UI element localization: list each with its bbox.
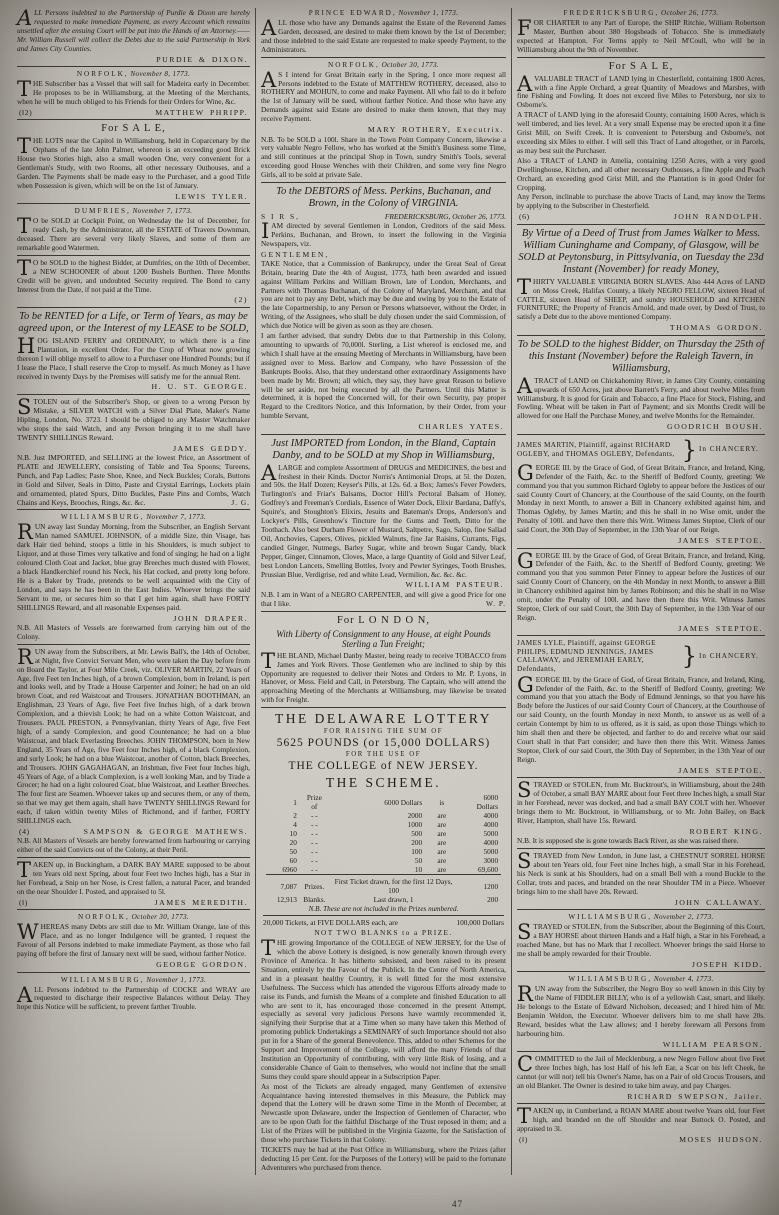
ad-signature: MARY ROTHERY, Executrix.	[368, 125, 504, 135]
ad-divider-rule	[261, 434, 506, 435]
scheme-cell: First Ticket drawn, for the first 12 Day…	[329, 875, 459, 896]
ad-paragraph: Also a TRACT of LAND in Amelia, containi…	[517, 157, 765, 193]
lottery-paragraph: THE growing Importance of the COLLEGE of…	[261, 939, 506, 1082]
ad-signature: WILLIAM PASTEUR.	[406, 580, 504, 590]
ad-paragraph: TAKE Notice, that a Commission of Bankru…	[261, 260, 506, 331]
ad-dateline: DUMFRIES, November 7, 1773.	[17, 207, 250, 216]
ad-heading: For L O N D O N,	[261, 615, 506, 627]
ad-divider-rule	[17, 509, 250, 510]
ad-dateline-date: November 2, 1773.	[654, 913, 714, 921]
scheme-cell: are	[425, 865, 458, 875]
ad-subheading: With Liberty of Consignment to any House…	[261, 629, 506, 650]
ad-paragraph: THE Subscriber has a Vessel that will sa…	[17, 80, 250, 107]
advertisement: Just IMPORTED from London, in the Bland,…	[261, 438, 506, 609]
ad-signature-row: WILLIAM PASTEUR.	[261, 580, 506, 590]
scheme-cell: 12,913	[266, 895, 300, 904]
ad-divider-rule	[17, 909, 250, 910]
advertisement: TAKEN up, in Cumberland, a ROAN MARE abo…	[517, 1107, 765, 1144]
ad-signature-row: H. U. ST. GEORGE.	[17, 382, 250, 392]
ad-signature-row: JAMES GEDDY.	[17, 444, 250, 454]
ad-signature-row: JOSEPH KIDD.	[517, 960, 765, 970]
ad-dateline: WILLIAMSBURG, November 4, 1773.	[517, 975, 765, 984]
ad-salute-dateline: FREDERICKSBURG, October 26, 1773.	[385, 212, 506, 221]
ad-paragraph: I am farther advised, that sundry Debts …	[261, 332, 506, 421]
ad-signature-row: JAMES STEPTOE.	[517, 766, 765, 776]
scheme-row: 6960- -10are69,600	[266, 865, 501, 875]
ad-divider-rule	[517, 224, 765, 225]
ad-paragraph: Any Person, inclinable to purchase the a…	[517, 193, 765, 211]
ad-nota-bene-signature: W. P.	[480, 600, 506, 609]
advertisement: For S A L E,THE LOTS near the Capitol in…	[17, 123, 250, 201]
scheme-cell: 1000	[329, 820, 425, 829]
ad-dateline-place: DUMFRIES,	[75, 207, 131, 215]
ad-paragraph: A LARGE and complete Assortment of DRUGS…	[261, 464, 506, 580]
ad-signature: JOSEPH KIDD.	[692, 960, 763, 970]
scheme-cell: 3000	[458, 856, 501, 865]
scheme-row: 2- -2000are4000	[266, 811, 501, 820]
ad-dateline: FREDERICKSBURG, October 26, 1773.	[517, 9, 765, 18]
scheme-cell: Prize of	[300, 793, 329, 811]
advertisement: WILLIAMSBURG, November 1, 1773.ALL Perso…	[17, 976, 250, 1013]
ad-signature: (2)	[234, 295, 248, 305]
ad-heading: To be RENTED for a Life, or Term of Year…	[17, 311, 250, 335]
ad-divider-rule	[517, 777, 765, 778]
ad-signature-row: ROBERT KING.	[517, 827, 765, 837]
ad-signature-row: PURDIE & DIXON.	[17, 55, 250, 65]
ad-dateline-date: November 8, 1773.	[130, 70, 190, 78]
scheme-cell: 2	[266, 811, 300, 820]
ad-signature-row: (‖)JAMES MEREDITH.	[17, 898, 250, 908]
ad-divider-rule	[261, 57, 506, 58]
advertisement: STRAYED or STOLEN, from Mr. Bucktrout's,…	[517, 781, 765, 846]
ad-signature: CHARLES YATES.	[418, 422, 504, 432]
newspaper-column-middle: PRINCE EDWARD, November 1, 1773.ALL thos…	[255, 8, 511, 1175]
ad-paragraph: ALL Persons indebted to the Partnership …	[17, 986, 250, 1013]
scheme-row: 60- -50are3000	[266, 856, 501, 865]
scheme-cell: - -	[300, 865, 329, 875]
ad-reference-mark: (4)	[19, 827, 30, 837]
scheme-cell: 2000	[329, 811, 425, 820]
ad-signature: JOHN CALLAWAY.	[675, 898, 763, 908]
scheme-cell: 4000	[458, 838, 501, 847]
advertisement: THE DELAWARE LOTTERYFOR RAISING THE SUM …	[261, 711, 506, 1173]
ad-heading: To the DEBTORS of Mess. Perkins, Buchana…	[261, 186, 506, 210]
advertisement: ALL Persons indebted to the Partnership …	[17, 9, 250, 64]
lottery-title-line: 5625 POUNDS (or 15,000 DOLLARS)	[261, 737, 506, 750]
scheme-cell: 5000	[458, 829, 501, 838]
ad-divider-rule	[261, 611, 506, 612]
scheme-cell: 69,600	[458, 865, 501, 875]
ad-signature: JAMES MEREDITH.	[155, 898, 248, 908]
ad-salute-row: S I R S,FREDERICKSBURG, October 26, 1773…	[261, 212, 506, 221]
ad-heading: For S A L E,	[517, 61, 765, 73]
ad-paragraph: THE LOTS near the Capitol in Williamsbur…	[17, 137, 250, 190]
advertisement: To be SOLD to the highest Bidder, on Thu…	[517, 339, 765, 432]
lottery-motto: NOT TWO BLANKS to a PRIZE.	[261, 928, 506, 937]
lottery-paragraph: TICKETS may be had at the Post Office in…	[261, 1146, 506, 1173]
ad-dateline-place: WILLIAMSBURG,	[568, 913, 652, 921]
ad-nota-bene: N.B. All Masters of Vessels are hereby f…	[17, 837, 250, 855]
ad-divider-rule	[261, 182, 506, 183]
ad-signature-row: (‖)MOSES HUDSON.	[517, 1135, 765, 1145]
ad-paragraph: THE BLAND, Michael Danby Master, being r…	[261, 652, 506, 705]
ad-signature-row: MARY ROTHERY, Executrix.	[261, 125, 506, 135]
ad-divider-rule	[17, 307, 250, 308]
ad-divider-rule	[17, 255, 250, 256]
ad-paragraph-heading: GENTLEMEN,	[261, 250, 506, 259]
scheme-cell: 50	[329, 856, 425, 865]
ad-paragraph: A VALUABLE TRACT of LAND lying in Cheste…	[517, 75, 765, 111]
scheme-row: 10- -500are5000	[266, 829, 501, 838]
advertisement: WILLIAMSBURG, November 2, 1773.STRAYED o…	[517, 913, 765, 969]
scheme-cell: Last drawn, 1	[329, 895, 459, 904]
scheme-summary-row: 12,913Blanks.Last drawn, 1200	[266, 895, 501, 904]
scheme-cell: 200	[458, 895, 501, 904]
scheme-cell: 5000	[458, 847, 501, 856]
ad-signature-row: (2)	[17, 295, 250, 305]
ad-divider-rule	[517, 1051, 765, 1052]
ad-dateline: NORFOLK, November 8, 1773.	[17, 70, 250, 79]
ad-dateline: NORFOLK, October 30, 1773.	[261, 61, 506, 70]
lottery-title-line: FOR THE USE OF	[261, 751, 506, 759]
advertisement: WILLIAMSBURG, November 7, 1773.RUN away …	[17, 513, 250, 641]
scheme-cell: - -	[300, 829, 329, 838]
ad-signature-row: GEORGE GORDON.	[17, 960, 250, 970]
advertisement: COMMITTED to the Jail of Mecklenburg, a …	[517, 1055, 765, 1101]
ad-signature-row: (6)JOHN RANDOLPH.	[517, 212, 765, 222]
ad-paragraph: AS I intend for Great Britain early in t…	[261, 71, 506, 124]
scheme-cell: 500	[329, 829, 425, 838]
case-court-label: In CHANCERY.	[699, 445, 765, 454]
ad-paragraph: STRAYED or STOLEN, from the Subscriber, …	[517, 923, 765, 959]
lottery-scheme-table: 1Prize of6000 Dollarsis6000 Dollars2- -2…	[266, 793, 501, 904]
lottery-note: N.B. These are not included in the Prize…	[261, 905, 506, 913]
scheme-cell: 6000 Dollars	[458, 793, 501, 811]
chancery-case-caption: JAMES MARTIN, Plaintiff, against RICHARD…	[517, 438, 765, 462]
scheme-cell: 100	[329, 847, 425, 856]
ad-nota-bene: N.B. To be SOLD a 100l. Share in the Tow…	[261, 136, 506, 181]
ad-signature: RICHARD SWEPSON, Jailer.	[627, 1092, 763, 1102]
advertisement: To the DEBTORS of Mess. Perkins, Buchana…	[261, 186, 506, 432]
lottery-title-line: THE DELAWARE LOTTERY	[261, 711, 506, 726]
ad-paragraph: A TRACT of LAND lying in the aforesaid C…	[517, 111, 765, 156]
advertisement: NORFOLK, November 8, 1773.THE Subscriber…	[17, 70, 250, 117]
ad-dateline-place: NORFOLK,	[77, 70, 129, 78]
ad-dateline: PRINCE EDWARD, November 1, 1773.	[261, 9, 506, 18]
lottery-title-line: THE SCHEME.	[261, 775, 506, 790]
scheme-cell: are	[425, 847, 458, 856]
ad-signature-row: CHARLES YATES.	[261, 422, 506, 432]
ad-paragraph: GEORGE III. by the Grace of God, of Grea…	[517, 552, 765, 623]
ad-signature: PURDIE & DIXON.	[156, 55, 248, 65]
ad-divider-rule	[17, 66, 250, 67]
scheme-cell: are	[425, 829, 458, 838]
ad-signature: JAMES STEPTOE.	[678, 624, 763, 634]
ad-paragraph: RUN away from the Subscribers, at Mr. Le…	[17, 648, 250, 826]
ad-nota-bene: N.B. It is supposed she is gone towards …	[517, 837, 765, 846]
scheme-cell: 20	[266, 838, 300, 847]
advertisement: STRAYED from New London, in June last, a…	[517, 852, 765, 907]
ad-nota-bene-signature: J. G.	[226, 499, 250, 508]
ad-salutation: S I R S,	[261, 212, 300, 221]
ad-signature: LEWIS TYLER.	[175, 192, 248, 202]
advertisement: RUN away from the Subscribers, at Mr. Le…	[17, 648, 250, 855]
ad-signature-row: RICHARD SWEPSON, Jailer.	[517, 1092, 765, 1102]
scheme-cell: 4000	[458, 811, 501, 820]
ad-paragraph: STRAYED or STOLEN, from Mr. Bucktrout's,…	[517, 781, 765, 826]
ad-heading: By Virtue of a Deed of Trust from James …	[517, 228, 765, 276]
ad-paragraph: FOR CHARTER to any Part of Europe, the S…	[517, 19, 765, 55]
scheme-cell: are	[425, 820, 458, 829]
ad-signature-row: (‖2)MATTHEW PHRIPP.	[17, 108, 250, 118]
ad-dateline-place: PRINCE EDWARD,	[309, 9, 397, 17]
ad-signature: WILLIAM PEARSON.	[663, 1040, 763, 1050]
ad-signature-row: LEWIS TYLER.	[17, 192, 250, 202]
ad-signature: SAMPSON & GEORGE MATHEWS.	[84, 827, 248, 837]
advertisement: TO be SOLD to the highest Bidder, at Dum…	[17, 259, 250, 305]
ad-signature-row: GOODRICH BOUSH.	[517, 422, 765, 432]
scheme-row: 20- -200are4000	[266, 838, 501, 847]
scheme-summary-row: 7,087Prizes.First Ticket drawn, for the …	[266, 875, 501, 896]
page-signature-mark: 47	[452, 1199, 463, 1209]
ad-reference-mark: (6)	[519, 212, 530, 222]
ad-signature: JAMES GEDDY.	[173, 444, 248, 454]
scheme-cell: is	[425, 793, 458, 811]
scheme-cell: 50	[266, 847, 300, 856]
scheme-cell: - -	[300, 838, 329, 847]
ad-paragraph: STRAYED from New London, in June last, a…	[517, 852, 765, 897]
advertisement: STOLEN out of the Subscriber's Shop, or …	[17, 398, 250, 507]
case-brace-glyph: }	[682, 644, 697, 668]
ad-divider-rule	[517, 848, 765, 849]
ad-dateline-date: November 1, 1773.	[398, 9, 458, 17]
ad-divider-rule	[517, 434, 765, 435]
newspaper-column-right: FREDERICKSBURG, October 26, 1773.FOR CHA…	[511, 8, 770, 1175]
newspaper-page: ALL Persons indebted to the Partnership …	[0, 0, 779, 1215]
scheme-cell: are	[425, 838, 458, 847]
ad-reference-mark: (‖2)	[19, 108, 32, 118]
advertisement: JAMES MARTIN, Plaintiff, against RICHARD…	[517, 438, 765, 546]
advertisement: By Virtue of a Deed of Trust from James …	[517, 228, 765, 333]
ad-dateline-place: NORFOLK,	[328, 61, 380, 69]
ad-dateline-date: October 30, 1773.	[132, 913, 189, 921]
ad-divider-rule	[517, 971, 765, 972]
ad-divider-rule	[17, 394, 250, 395]
ad-dateline-date: October 26, 1773.	[661, 9, 718, 17]
scheme-cell: 6960	[266, 865, 300, 875]
lottery-tickets-left: 20,000 Tickets, at FIVE DOLLARS each, ar…	[263, 918, 398, 927]
ad-paragraph: GEORGE III. by the Grace of God, of Grea…	[517, 464, 765, 535]
ad-signature-row: JAMES STEPTOE.	[517, 624, 765, 634]
scheme-row: 1Prize of6000 Dollarsis6000 Dollars	[266, 793, 501, 811]
ad-divider-rule	[517, 635, 765, 636]
ad-paragraph: COMMITTED to the Jail of Mecklenburg, a …	[517, 1055, 765, 1091]
advertisement: DUMFRIES, November 7, 1773.TO be SOLD at…	[17, 207, 250, 253]
ad-paragraph: TAKEN up, in Buckingham, a DARK BAY MARE…	[17, 861, 250, 897]
ad-paragraph: TO be SOLD to the highest Bidder, at Dum…	[17, 259, 250, 295]
ad-dateline-place: WILLIAMSBURG,	[61, 513, 145, 521]
scheme-cell: 200	[329, 838, 425, 847]
scheme-cell: 10	[266, 829, 300, 838]
scheme-cell: 4000	[458, 820, 501, 829]
ad-signature-row: JOHN DRAPER.	[17, 614, 250, 624]
ad-paragraph: HOG ISLAND FERRY and ORDINARY, to which …	[17, 337, 250, 382]
advertisement: TAKEN up, in Buckingham, a DARK BAY MARE…	[17, 861, 250, 907]
ad-divider-rule	[17, 972, 250, 973]
ad-reference-mark: (‖)	[19, 898, 28, 908]
ad-heading: For S A L E,	[17, 123, 250, 135]
ad-divider-rule	[17, 119, 250, 120]
ad-nota-bene: N.B. All Masters of Vessels are forewarn…	[17, 624, 250, 642]
case-parties: JAMES LYLE, Plaintiff, against GEORGE PH…	[517, 639, 680, 673]
scheme-cell: - -	[300, 847, 329, 856]
scheme-row: 50- -100are5000	[266, 847, 501, 856]
ad-nota-bene: N.B. I am in Want of a NEGRO CARPENTER, …	[261, 591, 506, 609]
ad-divider-rule	[261, 707, 506, 708]
ad-dateline-date: November 7, 1773.	[133, 207, 193, 215]
scheme-cell: are	[425, 811, 458, 820]
ad-reference-mark: (‖)	[519, 1135, 528, 1145]
ad-signature: MOSES HUDSON.	[679, 1135, 763, 1145]
ad-dateline-place: WILLIAMSBURG,	[61, 976, 145, 984]
ad-signature: JOHN DRAPER.	[173, 614, 248, 624]
lottery-title-line: THE COLLEGE of NEW JERSEY.	[261, 760, 506, 773]
ad-paragraph: ALL those who have any Demands against t…	[261, 19, 506, 55]
scheme-cell: are	[425, 856, 458, 865]
advertisement: JAMES LYLE, Plaintiff, against GEORGE PH…	[517, 639, 765, 775]
ad-paragraph: STOLEN out of the Subscriber's Shop, or …	[17, 398, 250, 443]
ad-paragraph: WHEREAS many Debts are still due to Mr. …	[17, 923, 250, 959]
ad-nota-bene: N.B. Just IMPORTED, and SELLING at the l…	[17, 454, 250, 507]
ad-dateline: WILLIAMSBURG, November 2, 1773.	[517, 913, 765, 922]
ad-signature-row: THOMAS GORDON.	[517, 323, 765, 333]
lottery-title-line: FOR RAISING THE SUM OF	[261, 728, 506, 736]
scheme-cell: Blanks.	[300, 895, 329, 904]
ad-divider-rule	[17, 203, 250, 204]
advertisement: NORFOLK, October 30, 1773.AS I intend fo…	[261, 61, 506, 180]
scheme-cell: 10	[329, 865, 425, 875]
ad-signature-row: JAMES STEPTOE.	[517, 536, 765, 546]
ad-dateline: WILLIAMSBURG, November 1, 1773.	[17, 976, 250, 985]
scheme-cell: 4	[266, 820, 300, 829]
ad-paragraph: I AM directed by several Gentlemen in Lo…	[261, 222, 506, 249]
scheme-row: 4- -1000are4000	[266, 820, 501, 829]
ad-divider-rule	[17, 644, 250, 645]
ad-signature: JAMES STEPTOE.	[678, 766, 763, 776]
scheme-cell: 6000 Dollars	[329, 793, 425, 811]
ad-divider-rule	[517, 909, 765, 910]
advertisement: For S A L E,A VALUABLE TRACT of LAND lyi…	[517, 61, 765, 222]
scheme-cell: 60	[266, 856, 300, 865]
case-court-label: In CHANCERY.	[699, 652, 765, 661]
ad-paragraph: RUN away last Sunday Morning, from the S…	[17, 523, 250, 612]
columns-container: ALL Persons indebted to the Partnership …	[0, 0, 779, 1195]
ad-dateline-place: NORFOLK,	[78, 913, 130, 921]
ad-signature-row: (4)SAMPSON & GEORGE MATHEWS.	[17, 827, 250, 837]
ad-paragraph: A TRACT of LAND on Chickahominy River, i…	[517, 377, 765, 422]
ad-paragraph: TO be SOLD at Cockpit Point, on Wednesda…	[17, 217, 250, 253]
lottery-paragraph: As most of the Tickets are already engag…	[261, 1083, 506, 1145]
advertisement: NORFOLK, October 30, 1773.WHEREAS many D…	[17, 913, 250, 969]
scheme-cell: - -	[300, 820, 329, 829]
advertisement: GEORGE III. by the Grace of God, of Grea…	[517, 552, 765, 634]
advertisement: WILLIAMSBURG, November 4, 1773.RUN away …	[517, 975, 765, 1049]
ad-paragraph: ALL Persons indebted to the Partnership …	[17, 9, 250, 54]
case-parties: JAMES MARTIN, Plaintiff, against RICHARD…	[517, 441, 680, 458]
ad-divider-rule	[517, 57, 765, 58]
scheme-cell: 7,087	[266, 875, 300, 896]
ad-paragraph: THIRTY VALUABLE VIRGINIA BORN SLAVES. Al…	[517, 278, 765, 323]
scheme-cell: - -	[300, 811, 329, 820]
ad-signature: JAMES STEPTOE.	[678, 536, 763, 546]
ad-paragraph: GEORGE III. by the Grace of God, of Grea…	[517, 676, 765, 765]
ad-signature: JOHN RANDOLPH.	[674, 212, 763, 222]
ad-dateline-date: November 4, 1773.	[654, 975, 714, 983]
ad-signature: ROBERT KING.	[689, 827, 763, 837]
ad-signature-row: WILLIAM PEARSON.	[517, 1040, 765, 1050]
ad-divider-rule	[517, 548, 765, 549]
advertisement: For L O N D O N,With Liberty of Consignm…	[261, 615, 506, 705]
ad-signature: MATTHEW PHRIPP.	[155, 108, 248, 118]
case-brace-glyph: }	[682, 438, 697, 462]
ad-divider-rule	[517, 1103, 765, 1104]
ad-heading: Just IMPORTED from London, in the Bland,…	[261, 438, 506, 462]
ad-signature: GOODRICH BOUSH.	[667, 422, 763, 432]
ad-dateline-place: FREDERICKSBURG,	[564, 9, 660, 17]
ad-divider-rule	[517, 335, 765, 336]
scheme-cell: 1200	[458, 875, 501, 896]
ad-divider-rule	[17, 857, 250, 858]
advertisement: FREDERICKSBURG, October 26, 1773.FOR CHA…	[517, 9, 765, 55]
ad-signature-row: JOHN CALLAWAY.	[517, 898, 765, 908]
ad-heading: To be SOLD to the highest Bidder, on Thu…	[517, 339, 765, 375]
ad-signature: H. U. ST. GEORGE.	[151, 382, 248, 392]
ad-paragraph: TAKEN up, in Cumberland, a ROAN MARE abo…	[517, 1107, 765, 1134]
scheme-cell: Prizes.	[300, 875, 329, 896]
lottery-tickets-right: 100,000 Dollars	[456, 918, 504, 927]
ad-dateline-place: WILLIAMSBURG,	[568, 975, 652, 983]
ad-paragraph: RUN away from the Subscriber, the Negro …	[517, 985, 765, 1038]
scheme-cell: - -	[300, 856, 329, 865]
scheme-cell: 1	[266, 793, 300, 811]
lottery-tickets-row: 20,000 Tickets, at FIVE DOLLARS each, ar…	[263, 915, 504, 927]
chancery-case-caption: JAMES LYLE, Plaintiff, against GEORGE PH…	[517, 639, 765, 673]
ad-dateline-date: November 7, 1773.	[146, 513, 206, 521]
advertisement: To be RENTED for a Life, or Term of Year…	[17, 311, 250, 392]
ad-dateline-date: November 1, 1773.	[146, 976, 206, 984]
newspaper-column-left: ALL Persons indebted to the Partnership …	[12, 8, 255, 1175]
advertisement: PRINCE EDWARD, November 1, 1773.ALL thos…	[261, 9, 506, 55]
ad-signature: THOMAS GORDON.	[670, 323, 763, 333]
ad-dateline-date: October 30, 1773.	[382, 61, 439, 69]
ad-signature: GEORGE GORDON.	[156, 960, 248, 970]
